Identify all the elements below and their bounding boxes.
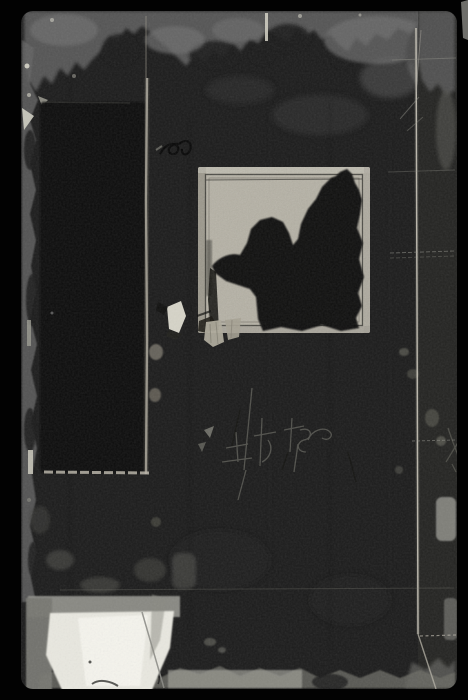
grain-overlay bbox=[21, 11, 457, 689]
backdrop-sliver bbox=[461, 0, 468, 40]
photo-background bbox=[0, 0, 468, 700]
book-photo bbox=[0, 0, 468, 700]
book-cover bbox=[21, 11, 462, 692]
